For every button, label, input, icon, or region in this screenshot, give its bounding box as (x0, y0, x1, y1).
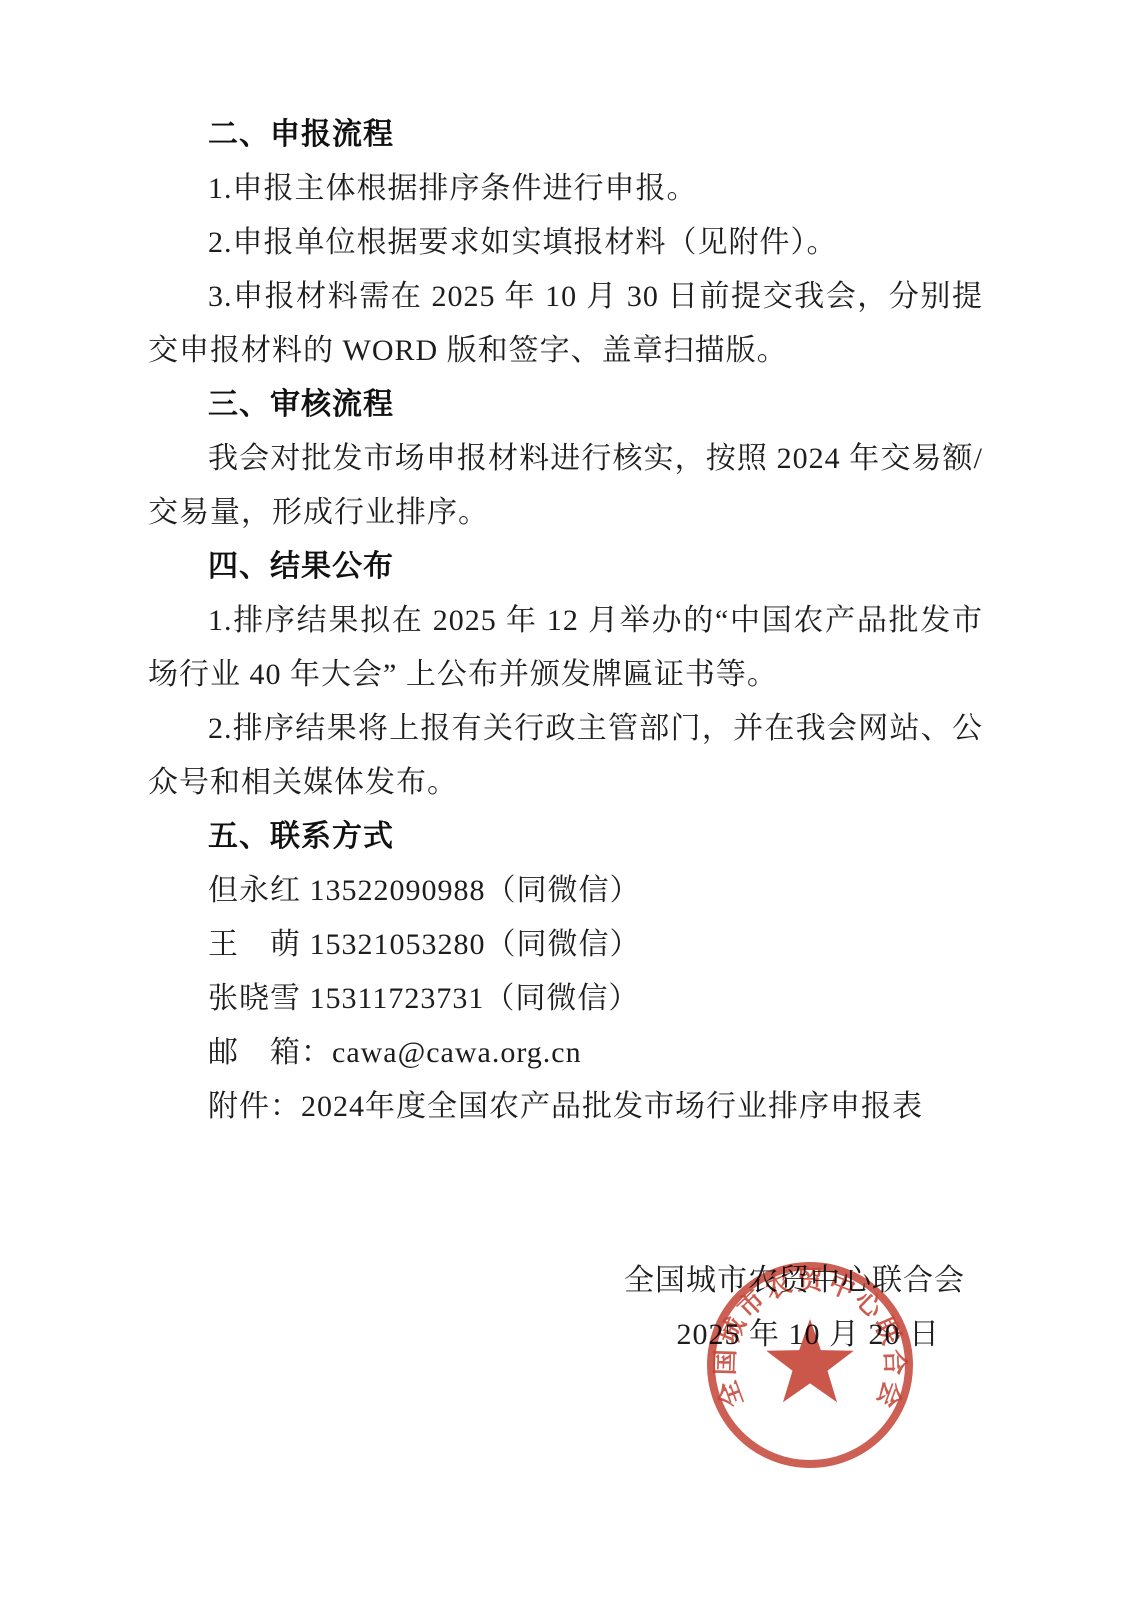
contact-line: 但永红 13522090988（同微信） (148, 864, 983, 918)
section-heading-result-announcement: 四、结果公布 (148, 540, 983, 594)
document-page: 二、申报流程 1.申报主体根据排序条件进行申报。 2.申报单位根据要求如实填报材… (0, 0, 1131, 1600)
section-heading-application-process: 二、申报流程 (148, 108, 983, 162)
signature-date: 2025 年 10 月 20 日 (148, 1308, 983, 1362)
signature-organization: 全国城市农贸中心联合会 (148, 1254, 983, 1308)
paragraph: 1.申报主体根据排序条件进行申报。 (148, 162, 983, 216)
paragraph: 2.排序结果将上报有关行政主管部门，并在我会网站、公众号和相关媒体发布。 (148, 702, 983, 810)
contact-line: 王 萌 15321053280（同微信） (148, 918, 983, 972)
paragraph: 1.排序结果拟在 2025 年 12 月举办的“中国农产品批发市场行业 40 年… (148, 594, 983, 702)
contact-line: 张晓雪 15311723731（同微信） (148, 972, 983, 1026)
document-body: 二、申报流程 1.申报主体根据排序条件进行申报。 2.申报单位根据要求如实填报材… (0, 0, 1131, 1362)
paragraph: 我会对批发市场申报材料进行核实，按照 2024 年交易额/交易量，形成行业排序。 (148, 432, 983, 540)
signature-block: 全国城市农贸中心联合会 2025 年 10 月 20 日 (148, 1254, 983, 1362)
section-heading-contact-info: 五、联系方式 (148, 810, 983, 864)
attachment-line: 附件：2024年度全国农产品批发市场行业排序申报表 (148, 1080, 983, 1134)
paragraph: 2.申报单位根据要求如实填报材料（见附件）。 (148, 216, 983, 270)
paragraph: 3.申报材料需在 2025 年 10 月 30 日前提交我会，分别提交申报材料的… (148, 270, 983, 378)
section-heading-review-process: 三、审核流程 (148, 378, 983, 432)
contact-email-line: 邮 箱：cawa@cawa.org.cn (148, 1026, 983, 1080)
